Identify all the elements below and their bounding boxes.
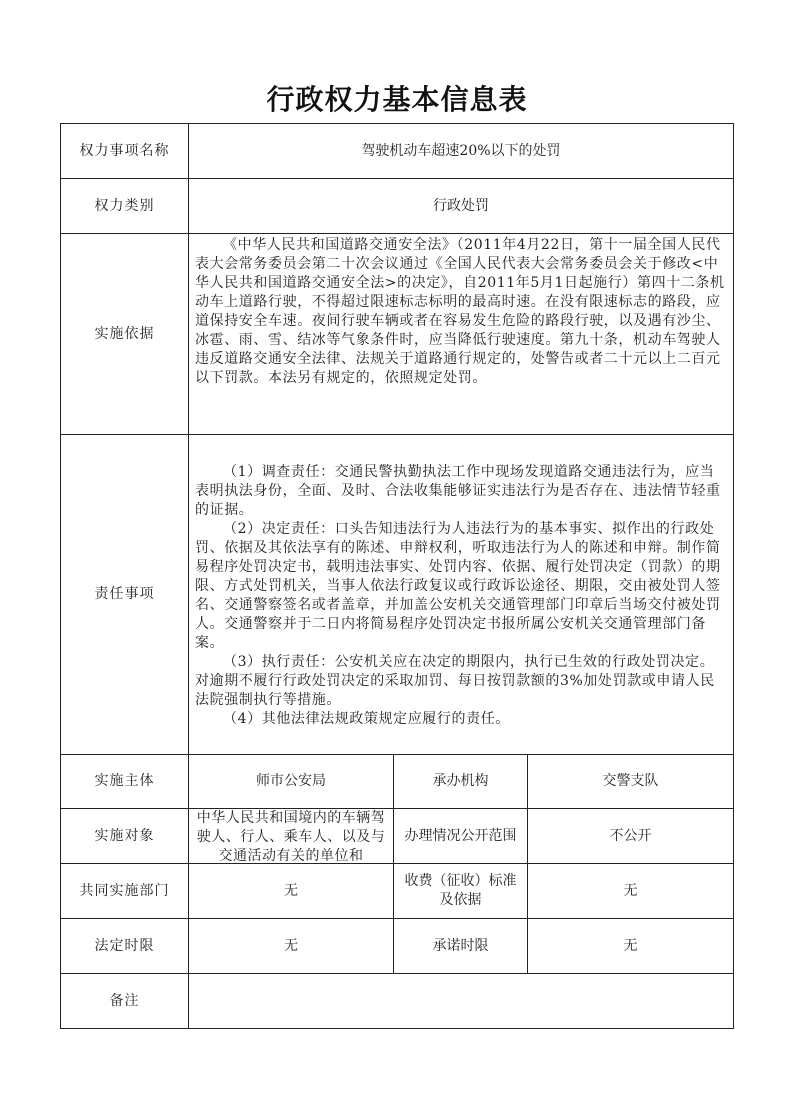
basis-label: 实施依据 <box>61 234 189 435</box>
row-object: 实施对象 中华人民共和国境内的车辆驾驶人、行人、乘车人、以及与交通活动有关的单位… <box>61 809 734 864</box>
remark-label: 备注 <box>61 974 189 1029</box>
disclosure-value: 不公开 <box>528 809 734 864</box>
responsibility-label: 责任事项 <box>61 435 189 755</box>
row-subject: 实施主体 师市公安局 承办机构 交警支队 <box>61 755 734 809</box>
deadline-label: 法定时限 <box>61 919 189 974</box>
category-value: 行政处罚 <box>189 179 734 234</box>
responsibility-item: （3）执行责任：公安机关应在决定的期限内，执行已生效的行政处罚决定。对逾期不履行… <box>195 653 727 710</box>
promise-value: 无 <box>528 919 734 974</box>
joint-label: 共同实施部门 <box>61 864 189 919</box>
row-remark: 备注 <box>61 974 734 1029</box>
promise-label: 承诺时限 <box>394 919 528 974</box>
remark-value <box>189 974 734 1029</box>
name-label: 权力事项名称 <box>61 124 189 179</box>
object-cell: 中华人民共和国境内的车辆驾驶人、行人、乘车人、以及与交通活动有关的单位和 <box>189 809 394 864</box>
row-category: 权力类别 行政处罚 <box>61 179 734 234</box>
joint-value: 无 <box>189 864 394 919</box>
row-deadline: 法定时限 无 承诺时限 无 <box>61 919 734 974</box>
basis-cell: 《中华人民共和国道路交通安全法》（2011年4月22日，第十一届全国人民代表大会… <box>189 234 734 435</box>
fee-value: 无 <box>528 864 734 919</box>
agency-value: 交警支队 <box>528 755 734 809</box>
responsibility-item: （4）其他法律法规政策规定应履行的责任。 <box>195 710 727 729</box>
row-basis: 实施依据 《中华人民共和国道路交通安全法》（2011年4月22日，第十一届全国人… <box>61 234 734 435</box>
deadline-value: 无 <box>189 919 394 974</box>
row-responsibility: 责任事项 （1）调查责任：交通民警执勤执法工作中现场发现道路交通违法行为，应当表… <box>61 435 734 755</box>
info-table: 权力事项名称 驾驶机动车超速20%以下的处罚 权力类别 行政处罚 实施依据 《中… <box>60 123 734 1029</box>
name-value: 驾驶机动车超速20%以下的处罚 <box>189 124 734 179</box>
category-label: 权力类别 <box>61 179 189 234</box>
row-joint: 共同实施部门 无 收费（征收）标准及依据 无 <box>61 864 734 919</box>
responsibility-item: （1）调查责任：交通民警执勤执法工作中现场发现道路交通违法行为，应当表明执法身份… <box>195 463 727 520</box>
subject-value: 师市公安局 <box>189 755 394 809</box>
fee-label: 收费（征收）标准及依据 <box>394 864 528 919</box>
row-name: 权力事项名称 驾驶机动车超速20%以下的处罚 <box>61 124 734 179</box>
disclosure-label: 办理情况公开范围 <box>394 809 528 864</box>
responsibility-cell: （1）调查责任：交通民警执勤执法工作中现场发现道路交通违法行为，应当表明执法身份… <box>189 435 734 755</box>
responsibility-item: （2）决定责任：口头告知违法行为人违法行为的基本事实、拟作出的行政处罚、依据及其… <box>195 520 727 653</box>
object-label: 实施对象 <box>61 809 189 864</box>
basis-text: 《中华人民共和国道路交通安全法》（2011年4月22日，第十一届全国人民代表大会… <box>195 236 727 388</box>
page-title: 行政权力基本信息表 <box>0 78 794 118</box>
object-value: 中华人民共和国境内的车辆驾驶人、行人、乘车人、以及与交通活动有关的单位和 <box>189 809 393 861</box>
agency-label: 承办机构 <box>394 755 528 809</box>
subject-label: 实施主体 <box>61 755 189 809</box>
